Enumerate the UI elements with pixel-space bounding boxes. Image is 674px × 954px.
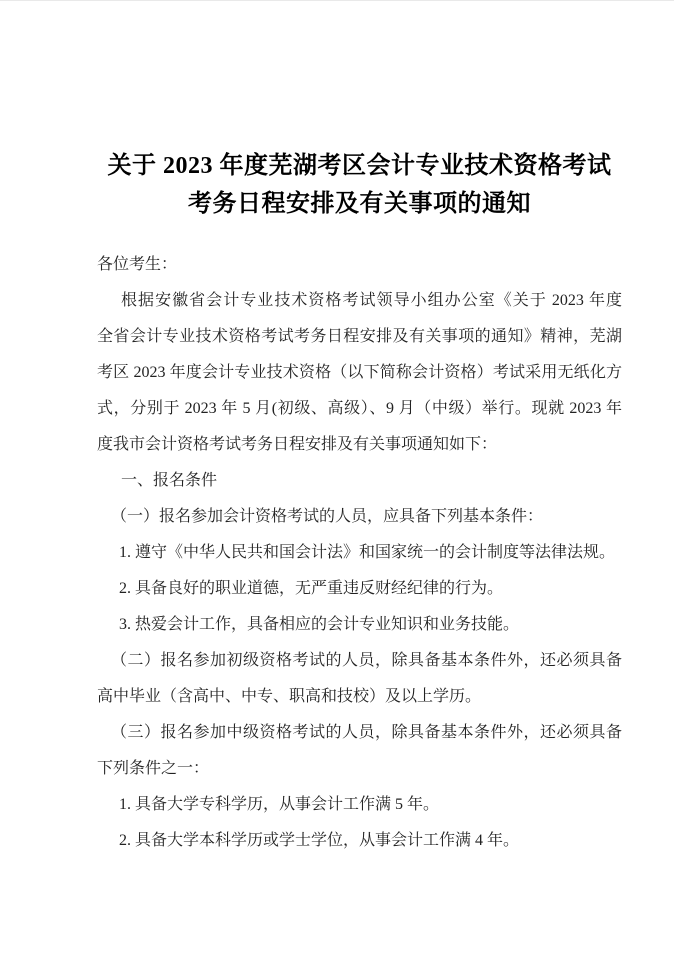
document-line: 考区 2023 年度会计专业技术资格（以下简称会计资格）考试采用无纸化方 — [97, 355, 622, 391]
paragraph: 根据安徽省会计专业技术资格考试领导小组办公室《关于 2023 年度全省会计专业技… — [97, 283, 622, 463]
document-page: 关于 2023 年度芜湖考区会计专业技术资格考试 考务日程安排及有关事项的通知 … — [0, 0, 674, 954]
document-line: 度我市会计资格考试考务日程安排及有关事项通知如下： — [97, 427, 622, 463]
document-line: 高中毕业（含高中、中专、职高和技校）及以上学历。 — [97, 679, 622, 715]
document-body: 各位考生：根据安徽省会计专业技术资格考试领导小组办公室《关于 2023 年度全省… — [97, 247, 622, 859]
document-line: （二）报名参加初级资格考试的人员，除具备基本条件外，还必须具备 — [97, 643, 622, 679]
paragraph: 1. 遵守《中华人民共和国会计法》和国家统一的会计制度等法律法规。 — [97, 535, 622, 571]
document-line: （一）报名参加会计资格考试的人员，应具备下列基本条件： — [97, 499, 622, 535]
document-line: 各位考生： — [97, 247, 622, 283]
paragraph: 2. 具备良好的职业道德，无严重违反财经纪律的行为。 — [97, 571, 622, 607]
notice-title: 关于 2023 年度芜湖考区会计专业技术资格考试 考务日程安排及有关事项的通知 — [97, 147, 622, 223]
notice-title-line-1: 关于 2023 年度芜湖考区会计专业技术资格考试 — [97, 147, 622, 185]
document-line: （三）报名参加中级资格考试的人员，除具备基本条件外，还必须具备 — [97, 715, 622, 751]
paragraph: 一、报名条件 — [97, 463, 622, 499]
document-line: 根据安徽省会计专业技术资格考试领导小组办公室《关于 2023 年度 — [97, 283, 622, 319]
paragraph: （三）报名参加中级资格考试的人员，除具备基本条件外，还必须具备下列条件之一： — [97, 715, 622, 787]
document-line: 式，分别于 2023 年 5 月(初级、高级）、9 月（中级）举行。现就 202… — [97, 391, 622, 427]
document-line: 1. 遵守《中华人民共和国会计法》和国家统一的会计制度等法律法规。 — [97, 535, 622, 571]
document-line: 3. 热爱会计工作，具备相应的会计专业知识和业务技能。 — [97, 607, 622, 643]
paragraph: （一）报名参加会计资格考试的人员，应具备下列基本条件： — [97, 499, 622, 535]
paragraph: 各位考生： — [97, 247, 622, 283]
document-line: 1. 具备大学专科学历，从事会计工作满 5 年。 — [97, 787, 622, 823]
document-line: 2. 具备良好的职业道德，无严重违反财经纪律的行为。 — [97, 571, 622, 607]
document-line: 下列条件之一： — [97, 751, 622, 787]
notice-title-line-2: 考务日程安排及有关事项的通知 — [97, 185, 622, 223]
paragraph: 2. 具备大学本科学历或学士学位，从事会计工作满 4 年。 — [97, 823, 622, 859]
paragraph: 3. 热爱会计工作，具备相应的会计专业知识和业务技能。 — [97, 607, 622, 643]
paragraph: 1. 具备大学专科学历，从事会计工作满 5 年。 — [97, 787, 622, 823]
paragraph: （二）报名参加初级资格考试的人员，除具备基本条件外，还必须具备高中毕业（含高中、… — [97, 643, 622, 715]
document-line: 全省会计专业技术资格考试考务日程安排及有关事项的通知》精神，芜湖 — [97, 319, 622, 355]
document-line: 一、报名条件 — [97, 463, 622, 499]
document-line: 2. 具备大学本科学历或学士学位，从事会计工作满 4 年。 — [97, 823, 622, 859]
